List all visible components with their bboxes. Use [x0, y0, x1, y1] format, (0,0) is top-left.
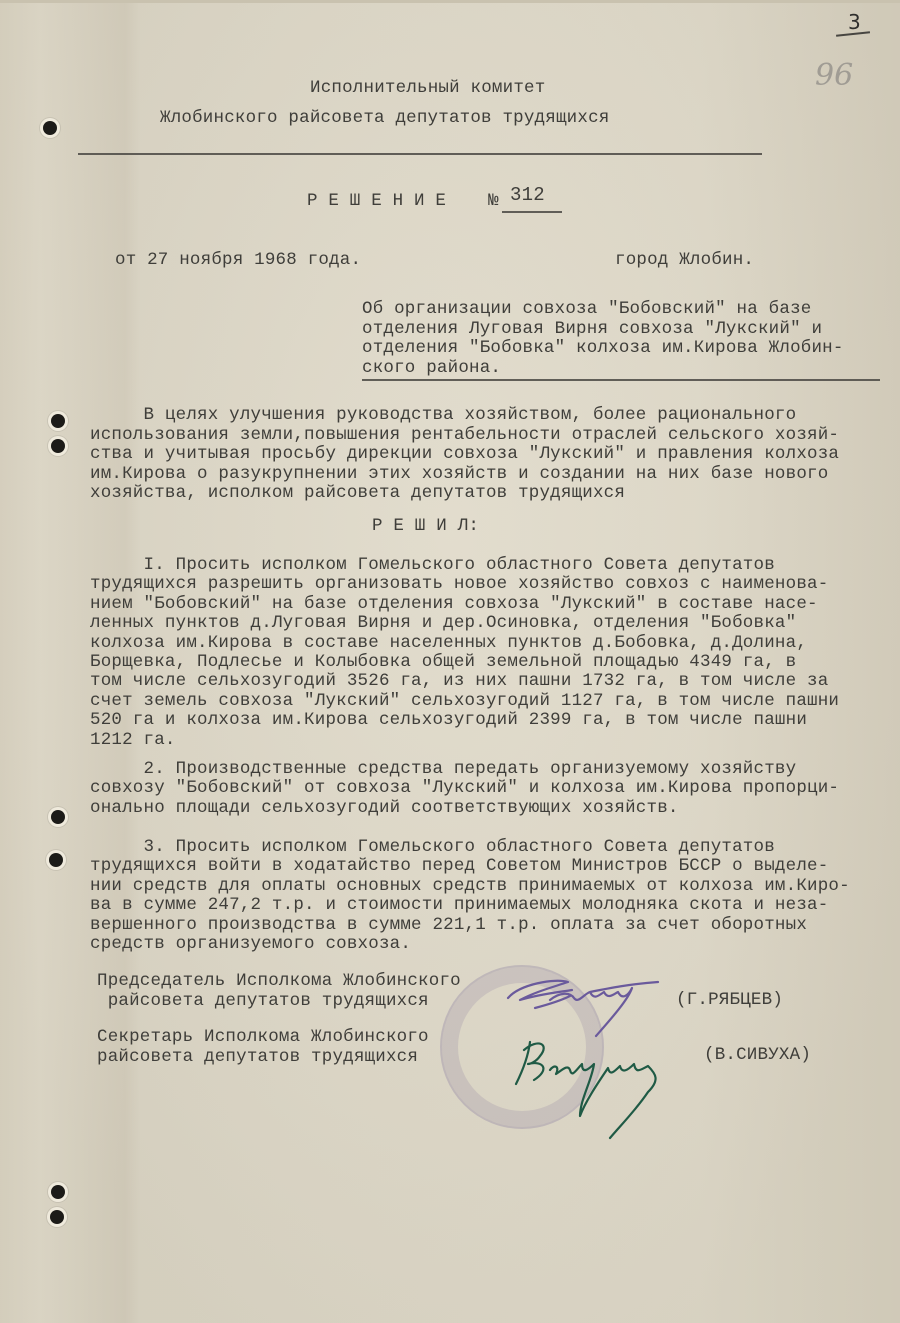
preamble-line: использования земли,повышения рентабельн… — [90, 426, 890, 446]
secretary-name: (В.СИВУХА) — [704, 1045, 811, 1067]
signature-secretary-role: Секретарь Исполкома Жлобинского райсовет… — [97, 1028, 497, 1067]
header-line-1: Исполнительный комитет — [310, 78, 545, 100]
item-line: 520 га и колхоза им.Кирова сельхозугодий… — [90, 711, 890, 730]
item-line: 1212 га. — [90, 731, 890, 750]
sheet-number: 3 — [848, 10, 861, 34]
subject-line: отделения "Бобовка" колхоза им.Кирова Жл… — [362, 339, 882, 359]
item-line: I. Просить исполком Гомельского областно… — [90, 556, 890, 575]
punch-hole — [51, 810, 65, 824]
item-line: 3. Просить исполком Гомельского областно… — [90, 838, 890, 857]
preamble-line: им.Кирова о разукрупнении этих хозяйств … — [90, 465, 890, 485]
number-underline — [502, 211, 562, 213]
document-place: город Жлобин. — [615, 250, 754, 272]
item-line: нием "Бобовский" на базе отделения совхо… — [90, 595, 890, 614]
item-line: том числе сельхозугодий 3526 га, из них … — [90, 672, 890, 691]
document-page: 3 96 Исполнительный комитет Жлобинского … — [0, 0, 900, 1323]
item-line: вершенного производства в сумме 221,1 т.… — [90, 916, 890, 935]
role-line: Секретарь Исполкома Жлобинского — [97, 1028, 497, 1048]
punch-hole — [51, 439, 65, 453]
subject-underline — [362, 379, 880, 381]
role-line: Председатель Исполкома Жлобинского — [97, 972, 497, 992]
chairman-name: (Г.РЯБЦЕВ) — [676, 990, 783, 1012]
item-line: 2. Производственные средства передать ор… — [90, 760, 890, 779]
preamble: В целях улучшения руководства хозяйством… — [90, 406, 890, 504]
header-line-2: Жлобинского райсовета депутатов трудящих… — [160, 108, 609, 130]
role-line: райсовета депутатов трудящихся — [97, 1048, 497, 1068]
resolution-item-1: I. Просить исполком Гомельского областно… — [90, 556, 890, 750]
preamble-line: хозяйства, исполком райсовета депутатов … — [90, 484, 890, 504]
preamble-line: В целях улучшения руководства хозяйством… — [90, 406, 890, 426]
item-line: нии средств для оплаты основных средств … — [90, 877, 890, 896]
item-line: трудящихся разрешить организовать новое … — [90, 575, 890, 594]
item-line: ленных пунктов д.Луговая Вирня и дер.Оси… — [90, 614, 890, 633]
subject-line: ского района. — [362, 359, 882, 379]
item-line: трудящихся войти в ходатайство перед Сов… — [90, 857, 890, 876]
item-line: Борщевка, Подлесье и Колыбовка общей зем… — [90, 653, 890, 672]
secretary-signature-icon — [510, 1030, 720, 1140]
item-line: средств организуемого совхоза. — [90, 935, 890, 954]
scan-edge — [0, 0, 900, 3]
sheet-number-underline — [836, 31, 870, 36]
document-title: Р Е Ш Е Н И Е — [307, 191, 446, 213]
preamble-line: ства и учитывая просьбу дирекции совхоза… — [90, 445, 890, 465]
punch-hole — [50, 1210, 64, 1224]
item-line: ва в сумме 247,2 т.р. и стоимости приним… — [90, 896, 890, 915]
document-number: 312 — [510, 185, 545, 207]
punch-hole — [51, 1185, 65, 1199]
subject-line: отделения Луговая Вирня совхоза "Лукский… — [362, 320, 882, 340]
resolved-heading: Р Е Ш И Л: — [372, 516, 479, 538]
punch-hole — [43, 121, 57, 135]
punch-hole — [49, 853, 63, 867]
header-divider — [78, 153, 762, 155]
resolution-item-3: 3. Просить исполком Гомельского областно… — [90, 838, 890, 954]
punch-hole — [51, 414, 65, 428]
archive-number: 96 — [815, 58, 853, 93]
item-line: совхозу "Бобовский" от совхоза "Лукский"… — [90, 779, 890, 798]
document-date: от 27 ноября 1968 года. — [115, 250, 361, 272]
resolution-item-2: 2. Производственные средства передать ор… — [90, 760, 890, 818]
item-line: колхоза им.Кирова в составе населенных п… — [90, 634, 890, 653]
subject-block: Об организации совхоза "Бобовский" на ба… — [362, 300, 882, 378]
number-sign: № — [488, 191, 499, 213]
role-line: райсовета депутатов трудящихся — [97, 992, 497, 1012]
subject-line: Об организации совхоза "Бобовский" на ба… — [362, 300, 882, 320]
item-line: онально площади сельхозугодий соответств… — [90, 799, 890, 818]
item-line: счет земель совхоза "Лукский" сельхозуго… — [90, 692, 890, 711]
signature-chairman-role: Председатель Исполкома Жлобинского райсо… — [97, 972, 497, 1011]
